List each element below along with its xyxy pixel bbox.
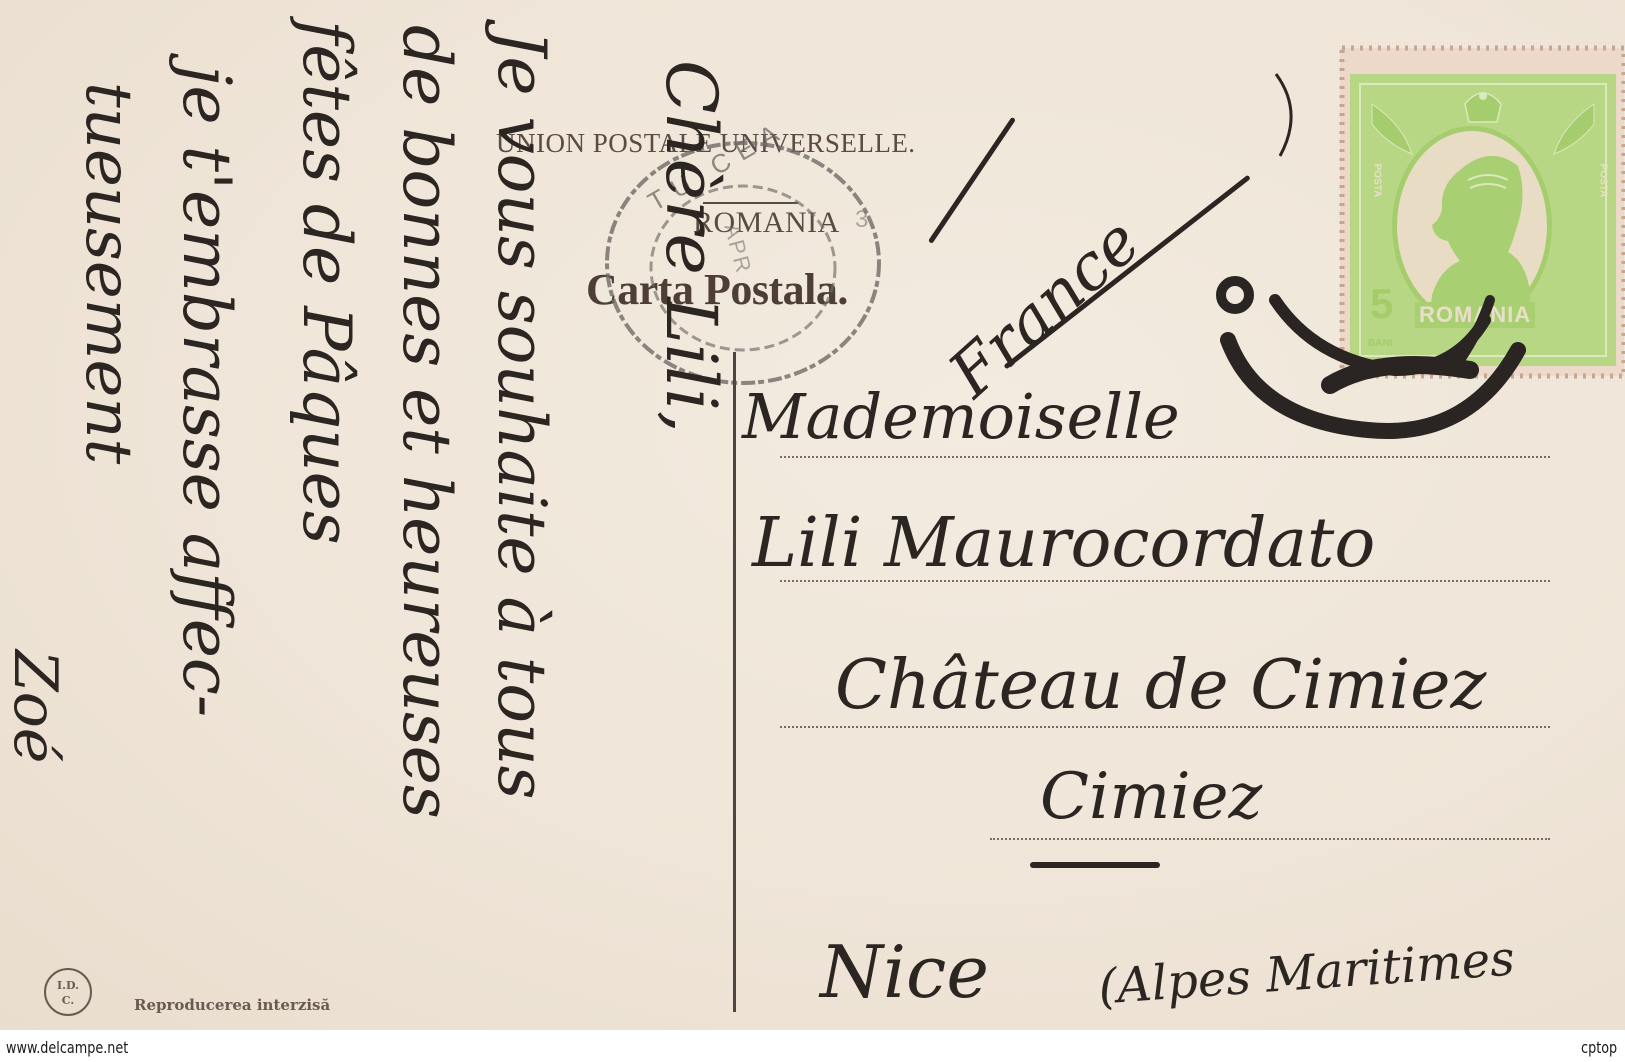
address-line-1 [780,456,1550,458]
address-city: Nice [820,930,989,1014]
address-salutation: Mademoiselle [742,380,1180,453]
publisher-mark-line1: I.D. [46,978,90,993]
postmark-day: 3 [855,206,868,234]
publisher-mark: I.D. C. [44,968,92,1016]
closing-paren-icon [1270,70,1310,160]
message-line-1: Chère Lili, [650,60,732,433]
publisher-mark-line2: C. [46,993,90,1008]
seller-watermark: cptop [1581,1038,1617,1057]
message-line-4: fêtes de Pâques [288,20,365,545]
address-line-3 [780,726,1550,728]
address-chateau: Château de Cimiez [835,646,1486,725]
stamp-side-label-left: POSTA [1371,164,1382,198]
message-signature: Zoé [0,650,70,763]
source-watermark: www.delcampe.net [6,1038,128,1057]
message-line-3: de bonnes et heureuses [388,25,465,819]
message-line-5: je t'embrasse affec- [168,65,245,717]
copyright-notice: Reproducerea interzisă [134,996,330,1014]
france-slash-mark [928,117,1016,244]
cancellation-mark-icon [1190,250,1550,450]
message-line-6: tueusement [71,82,145,464]
address-locality: Cimiez [1040,760,1262,834]
address-line-4 [990,838,1550,840]
address-divider [733,352,736,1012]
postcard: UNION POSTALE UNIVERSELLE. ROMANIA Carta… [0,0,1625,1030]
address-region: (Alpes Maritimes [1097,931,1517,1016]
stamp-side-label-right: POSTA [1597,164,1608,198]
locality-underline [1030,862,1160,868]
message-line-2: Je vous souhaite à tous [483,30,560,799]
address-recipient: Lili Maurocordato [752,504,1375,583]
